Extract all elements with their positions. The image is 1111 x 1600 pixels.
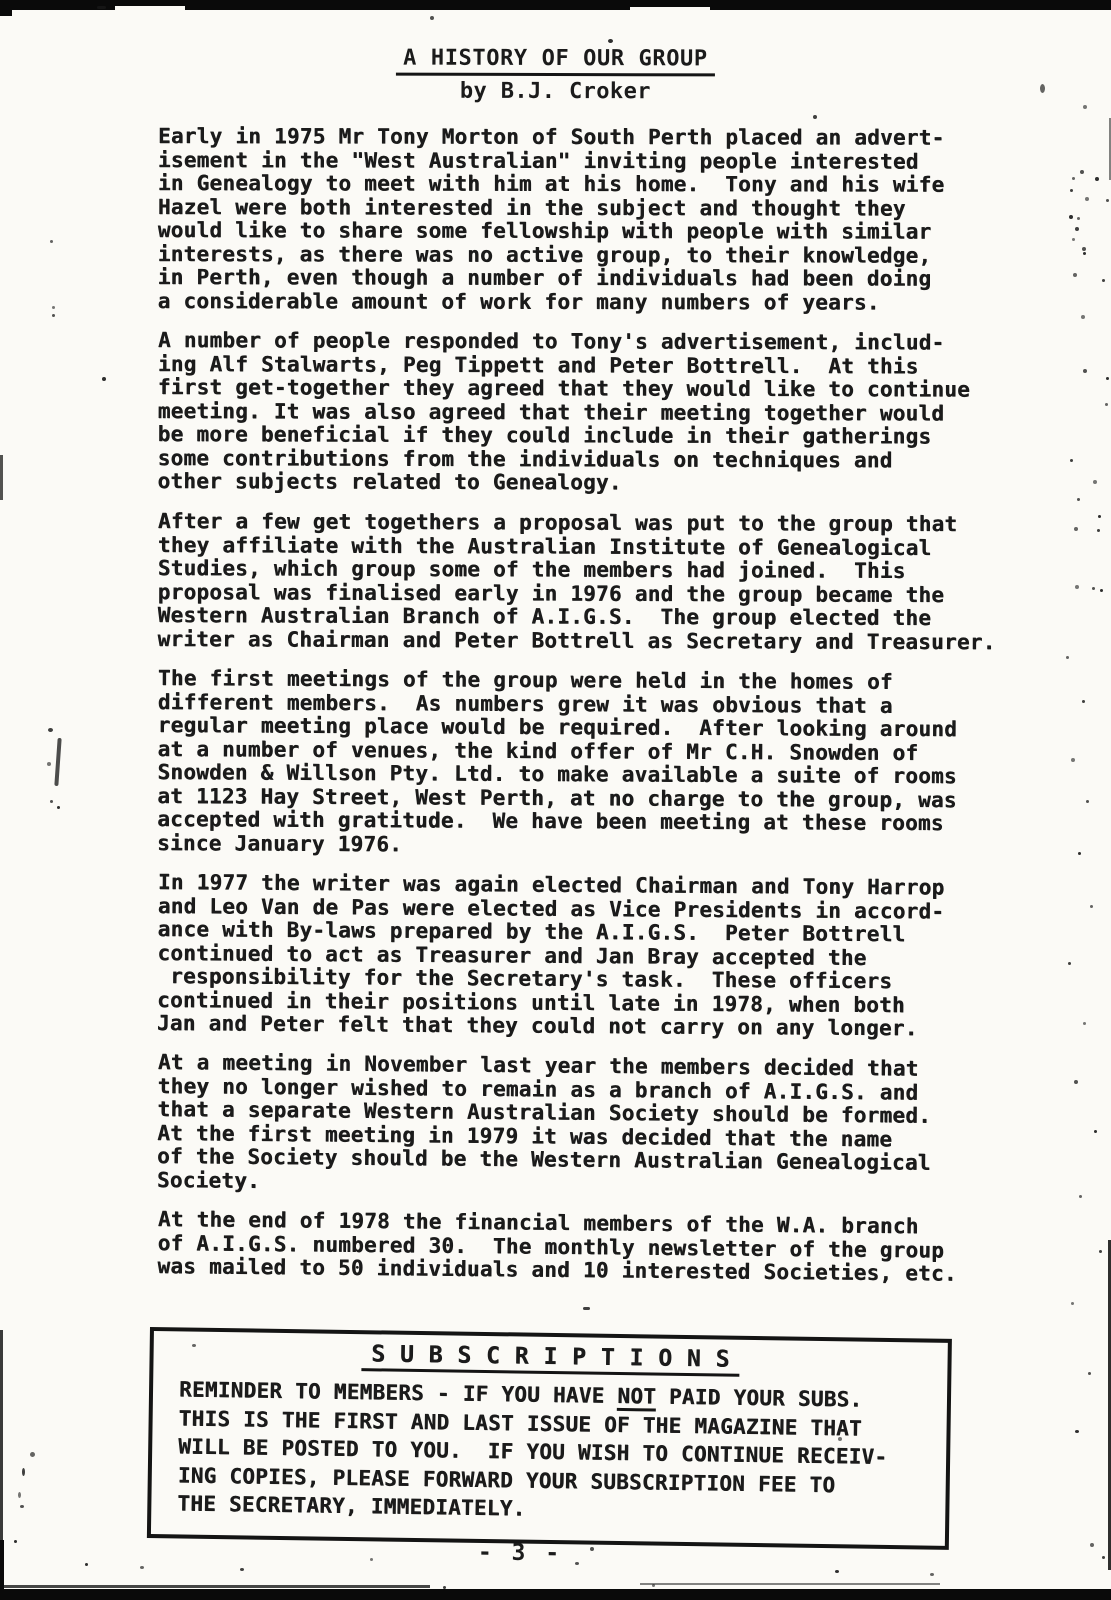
scan-speck — [1090, 1543, 1094, 1547]
paragraph-5: In 1977 the writer was again elected Cha… — [157, 871, 1058, 1042]
scan-speck — [575, 1562, 579, 1565]
subscriptions-reminder-prefix: REMINDER TO MEMBERS - IF YOU HAVE — [179, 1377, 618, 1408]
scan-speck — [1081, 315, 1085, 319]
scan-speck — [443, 1586, 446, 1589]
scan-speck — [140, 1566, 144, 1569]
scan-speck — [1073, 273, 1077, 277]
subscriptions-reminder-suffix: PAID YOUR SUBS. — [656, 1385, 863, 1412]
scan-speck — [1083, 105, 1087, 109]
scan-speck — [1097, 529, 1100, 532]
scan-speck — [1100, 589, 1103, 592]
scan-edge-gap — [630, 7, 710, 11]
scan-speck — [1075, 227, 1079, 231]
scan-speck — [1090, 905, 1093, 908]
scan-speck — [1077, 217, 1080, 220]
scan-speck — [97, 6, 106, 9]
scan-speck — [1085, 197, 1089, 201]
scan-speck — [1082, 247, 1086, 251]
scan-speck — [1102, 279, 1105, 282]
article-byline: by B.J. Croker — [0, 78, 1111, 106]
paragraph-7: At the end of 1978 the financial members… — [157, 1208, 1058, 1287]
subscriptions-title: S U B S C R I P T I O N S — [361, 1341, 740, 1377]
scan-speck — [1072, 177, 1075, 180]
subscriptions-title-row: S U B S C R I P T I O N S — [153, 1338, 947, 1380]
scan-edge — [0, 1589, 1111, 1600]
scan-speck — [52, 314, 55, 317]
paragraph-1: Early in 1975 Mr Tony Morton of South Pe… — [158, 125, 1058, 315]
scan-speck — [1069, 215, 1073, 219]
subscriptions-box: S U B S C R I P T I O N S REMINDER TO ME… — [147, 1327, 952, 1550]
scan-speck — [1072, 238, 1075, 241]
subscriptions-text: REMINDER TO MEMBERS - IF YOU HAVE NOT PA… — [177, 1375, 929, 1529]
scan-speck — [18, 1492, 21, 1498]
scan-speck — [1071, 758, 1075, 762]
scan-speck — [52, 306, 55, 309]
scan-speck — [652, 1584, 655, 1587]
scanned-page: A HISTORY OF OUR GROUP by B.J. Croker Ea… — [0, 0, 1111, 1600]
scan-speck — [1098, 515, 1101, 518]
scan-speck — [1070, 189, 1073, 192]
scan-edge — [0, 1585, 430, 1588]
scan-speck — [57, 806, 60, 809]
article-header: A HISTORY OF OUR GROUP by B.J. Croker — [0, 45, 1111, 106]
scan-speck — [835, 1570, 839, 1573]
scan-speck — [1083, 252, 1086, 255]
scan-speck — [1092, 587, 1095, 590]
scan-speck — [1040, 84, 1045, 93]
scan-speck — [1095, 177, 1099, 181]
scan-speck — [1099, 1250, 1102, 1253]
scan-speck — [590, 1547, 594, 1551]
scan-speck — [1086, 800, 1089, 803]
scan-speck — [22, 1468, 25, 1476]
scan-speck — [1079, 1195, 1082, 1198]
article-body: Early in 1975 Mr Tony Morton of South Pe… — [158, 125, 1058, 1295]
paragraph-4: The first meetings of the group were hel… — [157, 667, 1058, 860]
scan-speck — [1080, 170, 1084, 174]
scan-speck — [1106, 377, 1109, 380]
margin-ink-mark — [54, 738, 61, 786]
scan-speck — [1077, 498, 1080, 501]
article-title: A HISTORY OF OUR GROUP — [396, 46, 715, 77]
scan-speck — [48, 728, 53, 732]
scan-speck — [1074, 1080, 1078, 1084]
scan-speck — [1066, 656, 1069, 659]
paragraph-6: At a meeting in November last year the m… — [157, 1051, 1058, 1200]
scan-speck — [608, 39, 613, 43]
scan-speck — [1088, 1372, 1091, 1375]
scan-speck — [1083, 1022, 1086, 1025]
scan-speck — [1075, 585, 1079, 589]
scan-speck — [813, 115, 817, 119]
scan-speck — [430, 16, 434, 20]
scan-speck — [1106, 199, 1109, 202]
scan-speck — [20, 1505, 24, 1508]
scan-speck — [1094, 1130, 1097, 1133]
scan-speck — [1102, 1556, 1105, 1559]
scan-speck — [1082, 700, 1085, 703]
scan-speck — [102, 377, 106, 381]
scan-speck — [240, 1568, 244, 1571]
scan-edge — [0, 0, 12, 16]
scan-speck — [85, 1563, 88, 1566]
scan-edge — [0, 455, 3, 500]
scan-speck — [50, 800, 53, 803]
scan-speck — [1068, 962, 1071, 965]
scan-speck — [1070, 459, 1073, 462]
scan-speck — [583, 1307, 590, 1310]
scan-speck — [1075, 1430, 1079, 1433]
scan-speck — [1078, 852, 1081, 855]
scan-edge — [640, 1583, 940, 1585]
scan-speck — [47, 762, 51, 766]
subscriptions-reminder-emphasis: NOT — [617, 1384, 656, 1412]
scan-speck — [838, 1437, 842, 1441]
scan-speck — [1071, 1302, 1074, 1305]
scan-edge — [0, 1330, 3, 1560]
paragraph-3: After a few get togethers a proposal was… — [157, 510, 1058, 654]
scan-speck — [30, 1452, 35, 1457]
scan-speck — [1105, 403, 1108, 406]
scan-speck — [930, 1573, 934, 1576]
scan-speck — [1074, 527, 1078, 531]
scan-speck — [50, 240, 53, 243]
paragraph-2: A number of people responded to Tony's a… — [157, 329, 1058, 496]
scan-speck — [14, 1540, 17, 1543]
scan-speck — [370, 1558, 373, 1561]
scan-speck — [192, 1344, 196, 1347]
scan-edge-gap — [115, 6, 185, 11]
scan-speck — [1083, 369, 1087, 373]
scan-speck — [1093, 480, 1097, 484]
